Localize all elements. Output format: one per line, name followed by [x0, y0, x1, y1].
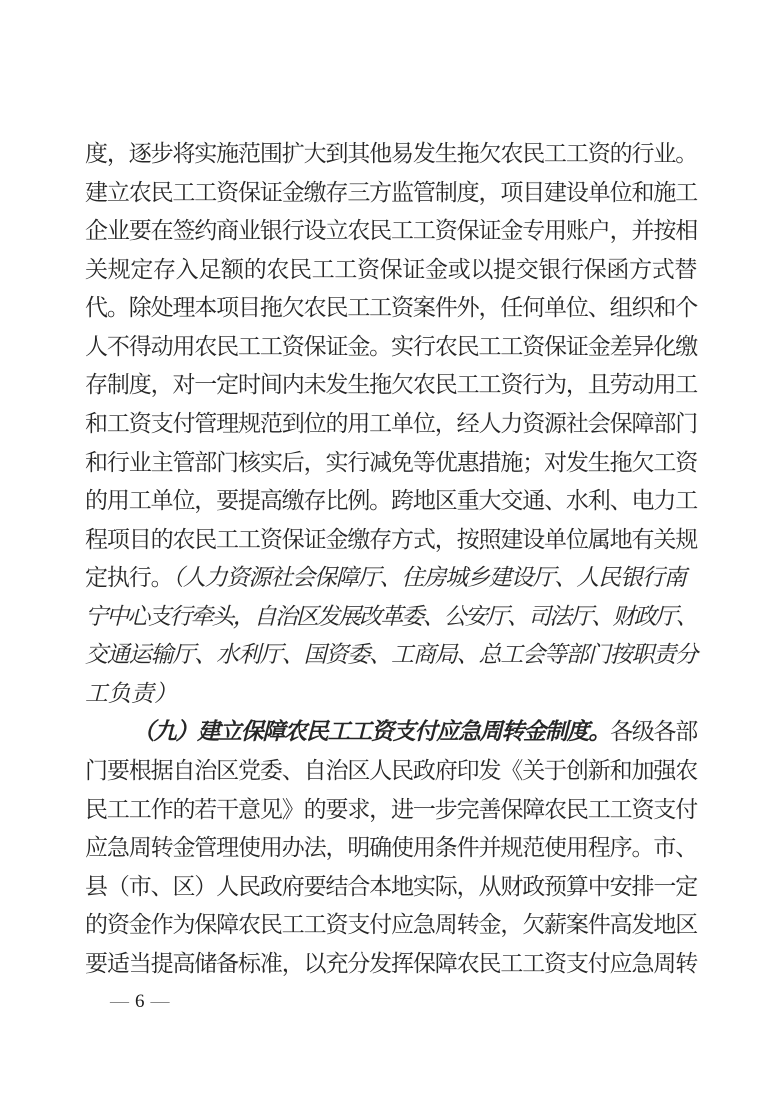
body-text: 度，逐步将实施范围扩大到其他易发生拖欠农民工工资的行业。: [85, 141, 697, 166]
text-line: 工负责）: [85, 675, 697, 714]
text-line: 代。除处理本项目拖欠农民工工资案件外，任何单位、组织和个: [85, 289, 697, 328]
body-text: 存制度，对一定时间内未发生拖欠农民工工资行为，且劳动用工: [85, 372, 697, 397]
body-text: 门要根据自治区党委、自治区人民政府印发《关于创新和加强农: [85, 758, 697, 783]
text-line: 人不得动用农民工工资保证金。实行农民工工资保证金差异化缴: [85, 328, 697, 367]
body-text: 定执行。: [85, 565, 172, 590]
body-text: 应急周转金管理使用办法，明确使用条件并规范使用程序。市、: [85, 835, 697, 860]
body-text: 的资金作为保障农民工工资支付应急周转金，欠薪案件高发地区: [85, 912, 697, 937]
footer-dash-right: —: [151, 991, 171, 1012]
text-line: 的用工单位，要提高缴存比例。跨地区重大交通、水利、电力工: [85, 482, 697, 521]
text-line: 度，逐步将实施范围扩大到其他易发生拖欠农民工工资的行业。: [85, 135, 697, 174]
body-text: 要适当提高储备标准，以充分发挥保障农民工工资支付应急周转: [85, 951, 697, 976]
text-line: （九）建立保障农民工工资支付应急周转金制度。各级各部: [85, 713, 697, 752]
body-text: 县（市、区）人民政府要结合本地实际，从财政预算中安排一定: [85, 874, 697, 899]
text-line: 要适当提高储备标准，以充分发挥保障农民工工资支付应急周转: [85, 945, 697, 984]
section-heading: （九）建立保障农民工工资支付应急周转金制度。: [132, 719, 610, 744]
body-text: 程项目的农民工工资保证金缴存方式，按照建设单位属地有关规: [85, 527, 697, 552]
document-body: 度，逐步将实施范围扩大到其他易发生拖欠农民工工资的行业。建立农民工工资保证金缴存…: [85, 135, 697, 983]
text-line: 企业要在签约商业银行设立农民工工资保证金专用账户，并按相: [85, 212, 697, 251]
text-line: 定执行。（人力资源社会保障厅、住房城乡建设厅、人民银行南: [85, 559, 697, 598]
document-page: 度，逐步将实施范围扩大到其他易发生拖欠农民工工资的行业。建立农民工工资保证金缴存…: [0, 0, 780, 1103]
text-line: 存制度，对一定时间内未发生拖欠农民工工资行为，且劳动用工: [85, 366, 697, 405]
text-line: 的资金作为保障农民工工资支付应急周转金，欠薪案件高发地区: [85, 906, 697, 945]
body-text: 关规定存入足额的农民工工资保证金或以提交银行保函方式替: [85, 257, 697, 282]
text-line: 宁中心支行牵头，自治区发展改革委、公安厅、司法厅、财政厅、: [85, 598, 697, 637]
text-line: 民工工作的若干意见》的要求，进一步完善保障农民工工资支付: [85, 791, 697, 830]
body-text: 民工工作的若干意见》的要求，进一步完善保障农民工工资支付: [85, 797, 697, 822]
text-line: 关规定存入足额的农民工工资保证金或以提交银行保函方式替: [85, 251, 697, 290]
body-text: 和行业主管部门核实后，实行减免等优惠措施；对发生拖欠工资: [85, 450, 697, 475]
text-line: 应急周转金管理使用办法，明确使用条件并规范使用程序。市、: [85, 829, 697, 868]
page-number: 6: [130, 991, 151, 1012]
body-text: 企业要在签约商业银行设立农民工工资保证金专用账户，并按相: [85, 218, 697, 243]
body-text: 的用工单位，要提高缴存比例。跨地区重大交通、水利、电力工: [85, 488, 697, 513]
body-text: 代。除处理本项目拖欠农民工工资案件外，任何单位、组织和个: [85, 295, 697, 320]
text-line: 交通运输厅、水利厅、国资委、工商局、总工会等部门按职责分: [85, 636, 697, 675]
text-line: 和行业主管部门核实后，实行减免等优惠措施；对发生拖欠工资: [85, 444, 697, 483]
text-line: 建立农民工工资保证金缴存三方监管制度，项目建设单位和施工: [85, 174, 697, 213]
text-line: 门要根据自治区党委、自治区人民政府印发《关于创新和加强农: [85, 752, 697, 791]
page-footer: —6—: [110, 991, 171, 1013]
body-text: 各级各部: [610, 719, 697, 744]
annotation-text: 宁中心支行牵头，自治区发展改革委、公安厅、司法厅、财政厅、: [85, 604, 697, 629]
footer-dash-left: —: [110, 991, 130, 1012]
annotation-text: 交通运输厅、水利厅、国资委、工商局、总工会等部门按职责分: [85, 642, 697, 667]
body-text: 人不得动用农民工工资保证金。实行农民工工资保证金差异化缴: [85, 334, 697, 359]
body-text: 建立农民工工资保证金缴存三方监管制度，项目建设单位和施工: [85, 180, 697, 205]
text-line: 县（市、区）人民政府要结合本地实际，从财政预算中安排一定: [85, 868, 697, 907]
annotation-text: （人力资源社会保障厅、住房城乡建设厅、人民银行南: [172, 565, 685, 590]
text-line: 和工资支付管理规范到位的用工单位，经人力资源社会保障部门: [85, 405, 697, 444]
annotation-text: 工负责）: [85, 681, 177, 706]
body-text: 和工资支付管理规范到位的用工单位，经人力资源社会保障部门: [85, 411, 697, 436]
text-line: 程项目的农民工工资保证金缴存方式，按照建设单位属地有关规: [85, 521, 697, 560]
